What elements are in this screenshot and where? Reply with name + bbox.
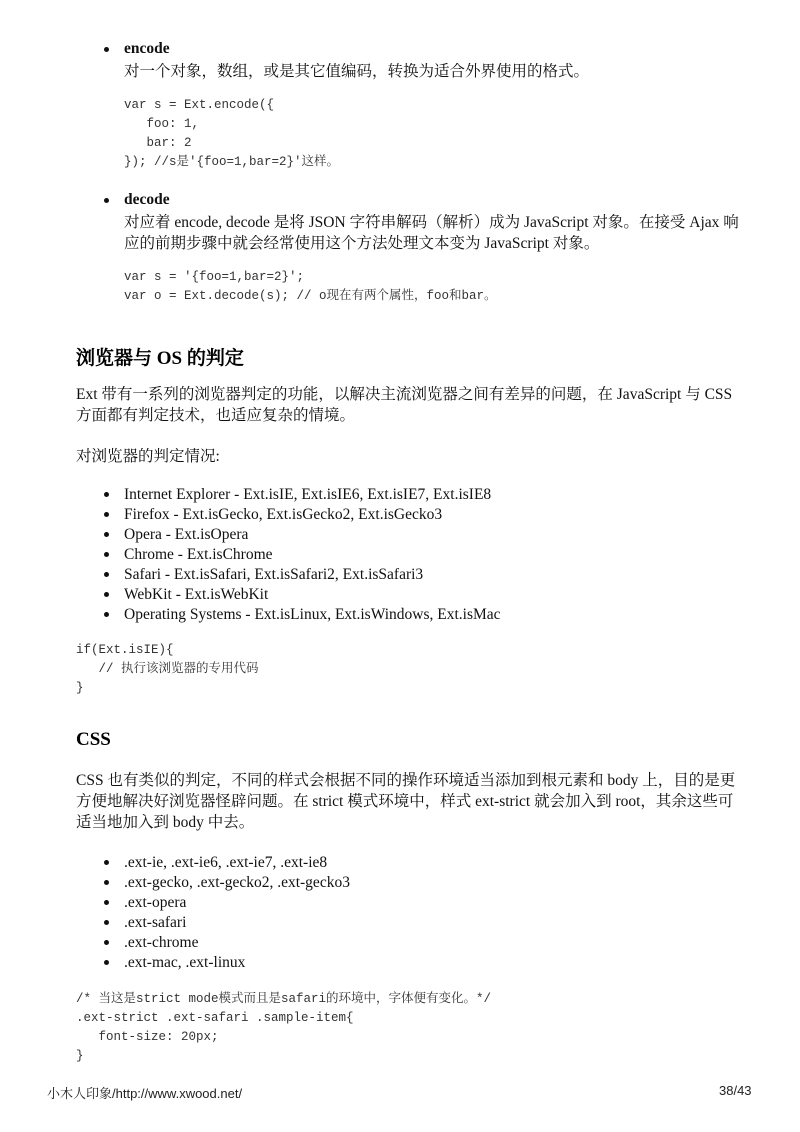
list-item: .ext-safari xyxy=(124,913,186,933)
list-item: .ext-opera xyxy=(124,893,186,913)
bullet-icon xyxy=(104,492,109,497)
page-number: 38/43 xyxy=(719,1083,752,1098)
code-line: var o = Ext.decode(s); // o现在有两个属性，foo和b… xyxy=(124,287,497,306)
css-intro-line: CSS 也有类似的判定，不同的样式会根据不同的操作环境适当添加到根元素和 bod… xyxy=(76,770,735,791)
bullet-icon xyxy=(104,532,109,537)
code-line: var s = '{foo=1,bar=2}'; xyxy=(124,268,304,287)
list-item: Operating Systems - Ext.isLinux, Ext.isW… xyxy=(124,605,501,625)
list-item: .ext-ie, .ext-ie6, .ext-ie7, .ext-ie8 xyxy=(124,853,327,873)
bullet-icon xyxy=(104,920,109,925)
decode-description-line: 应的前期步骤中就会经常使用这个方法处理文本变为 JavaScript 对象。 xyxy=(124,233,599,254)
code-line: font-size: 20px; xyxy=(76,1028,219,1047)
bullet-icon xyxy=(104,512,109,517)
code-line: var s = Ext.encode({ xyxy=(124,96,274,115)
bullet-icon xyxy=(104,940,109,945)
list-item: .ext-chrome xyxy=(124,933,198,953)
code-line: /* 当这是strict mode模式而且是safari的环境中，字体便有变化。… xyxy=(76,990,491,1009)
code-line: bar: 2 xyxy=(124,134,192,153)
bullet-icon xyxy=(104,880,109,885)
document-page: encode 对一个对象，数组，或是其它值编码，转换为适合外界使用的格式。 va… xyxy=(0,0,800,1132)
section-heading-browser: 浏览器与 OS 的判定 xyxy=(76,343,244,370)
bullet-icon xyxy=(104,572,109,577)
list-item: Safari - Ext.isSafari, Ext.isSafari2, Ex… xyxy=(124,565,423,585)
code-line: } xyxy=(76,1047,84,1066)
bullet-icon xyxy=(104,592,109,597)
decode-description-line: 对应着 encode, decode 是将 JSON 字符串解码（解析）成为 J… xyxy=(124,212,739,233)
list-item: Internet Explorer - Ext.isIE, Ext.isIE6,… xyxy=(124,485,491,505)
method-name-encode: encode xyxy=(124,40,170,58)
list-item: .ext-gecko, .ext-gecko2, .ext-gecko3 xyxy=(124,873,350,893)
css-intro-line: 方便地解决好浏览器怪辟问题。在 strict 模式环境中，样式 ext-stri… xyxy=(76,791,733,812)
encode-description: 对一个对象，数组，或是其它值编码，转换为适合外界使用的格式。 xyxy=(124,61,589,82)
code-line: .ext-strict .ext-safari .sample-item{ xyxy=(76,1009,354,1028)
bullet-icon xyxy=(104,612,109,617)
bullet-icon xyxy=(104,47,109,52)
code-line: foo: 1, xyxy=(124,115,199,134)
code-line: // 执行该浏览器的专用代码 xyxy=(76,660,259,679)
list-item: Chrome - Ext.isChrome xyxy=(124,545,273,565)
bullet-icon xyxy=(104,860,109,865)
section-heading-css: CSS xyxy=(76,729,111,751)
list-item: Opera - Ext.isOpera xyxy=(124,525,248,545)
code-line: } xyxy=(76,679,84,698)
bullet-icon xyxy=(104,900,109,905)
method-name-decode: decode xyxy=(124,191,170,209)
code-line: }); //s是'{foo=1,bar=2}'这样。 xyxy=(124,153,339,172)
browser-list-label: 对浏览器的判定情况: xyxy=(76,446,220,467)
css-intro-line: 适当地加入到 body 中去。 xyxy=(76,812,254,833)
list-item: Firefox - Ext.isGecko, Ext.isGecko2, Ext… xyxy=(124,505,442,525)
code-line: if(Ext.isIE){ xyxy=(76,641,174,660)
list-item: WebKit - Ext.isWebKit xyxy=(124,585,268,605)
list-item: .ext-mac, .ext-linux xyxy=(124,953,245,973)
browser-intro-line: Ext 带有一系列的浏览器判定的功能，以解决主流浏览器之间有差异的问题，在 Ja… xyxy=(76,384,732,405)
bullet-icon xyxy=(104,198,109,203)
bullet-icon xyxy=(104,960,109,965)
bullet-icon xyxy=(104,552,109,557)
browser-intro-line: 方面都有判定技术，也适应复杂的情境。 xyxy=(76,405,355,426)
footer-source: 小木人印象/http://www.xwood.net/ xyxy=(47,1083,242,1102)
